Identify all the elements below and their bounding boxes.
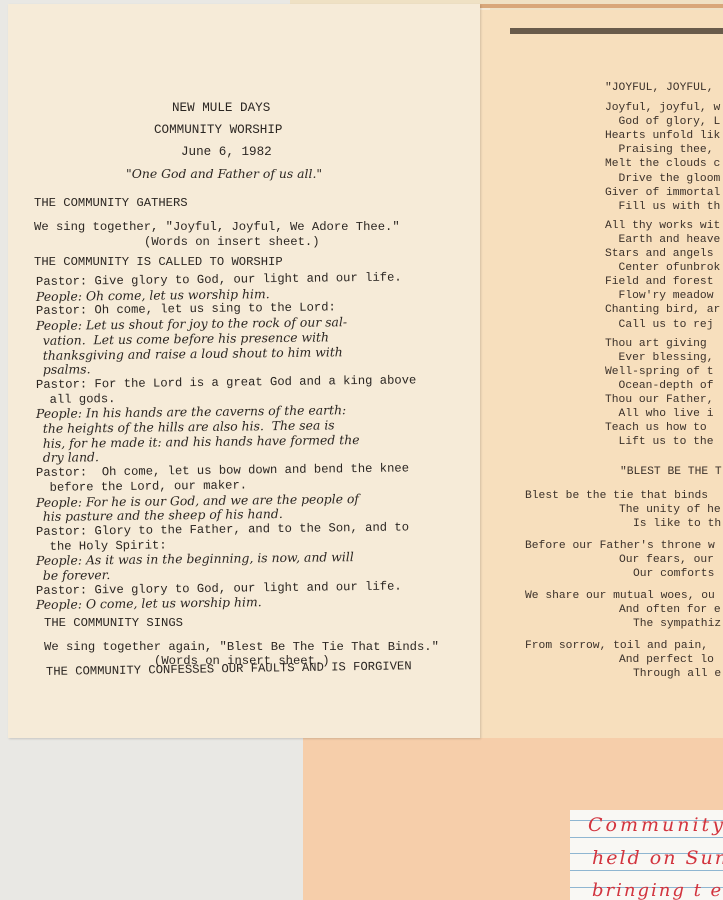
hymn1-line: Hearts unfold lik [605,131,720,142]
hymn1-line: Thou art giving [605,339,707,350]
hymn2-line: We share our mutual woes, ou [525,591,715,602]
hymn1-line: Teach us how to [605,423,707,434]
sings-text: We sing together again, "Blest Be The Ti… [44,641,439,653]
title-line-1: NEW MULE DAYS [172,102,270,115]
hymn1-line: All thy works wit [605,221,720,232]
section-gathers: THE COMMUNITY GATHERS [34,197,188,209]
hymn1-line: Flow'ry meadow [605,291,713,302]
hymn1-line: Field and forest [605,277,713,288]
ruled-line [570,870,723,871]
hymn1-line: Call us to rej [605,320,713,331]
hymn1-line: Earth and heave [605,235,720,246]
hymn2-line: And perfect lo [619,655,714,666]
hymn1-line: Chanting bird, ar [605,305,720,316]
hymn1-line: Joyful, joyful, w [605,103,720,114]
hymn1-title: "JOYFUL, JOYFUL, [605,83,713,94]
hymn1-line: Center ofunbrok [605,263,720,274]
hymn1-line: Fill us with th [605,202,720,213]
people-response: his, for he made it: and his hands have … [35,434,360,450]
people-response: be forever. [35,569,110,582]
hymn1-line: God of glory, L [605,117,720,128]
people-response: his pasture and the sheep of his hand. [35,508,283,523]
hymn1-line: Drive the gloom [605,174,720,185]
hymn2-line: Is like to th [633,519,721,530]
pastor-line: all gods. [35,393,116,406]
hymn1-line: Ever blessing, [605,353,713,364]
people-response: People: O come, let us worship him. [36,597,262,612]
hymn2-line: From sorrow, toil and pain, [525,641,708,652]
hymn1-line: Giver of immortal [605,188,720,199]
hymn2-line: Through all e [633,669,721,680]
title-line-2: COMMUNITY WORSHIP [154,124,282,137]
handwritten-line: held on Sun [592,847,723,869]
gathers-note: (Words on insert sheet.) [144,236,320,248]
hymn2-line: Our comforts [633,569,714,580]
hymn2-line: Blest be the tie that binds [525,491,708,502]
hymn2-title: "BLEST BE THE T [620,467,722,478]
handwritten-line: bringing t e [592,880,723,900]
hymn1-line: Lift us to the [605,437,713,448]
hymn2-line: Before our Father's throne w [525,541,715,552]
handwritten-note-card: Communityheld on Sunbringing t e [570,810,723,900]
hymn1-line: Praising thee, [605,145,713,156]
people-response: psalms. [35,364,91,377]
ruled-line [570,837,723,838]
hymn2-line: And often for e [619,605,721,616]
hymn1-line: Stars and angels [605,249,713,260]
handwritten-line: Community [588,814,723,836]
hymn2-line: Our fears, our [619,555,714,566]
hymn1-line: Thou our Father, [605,395,713,406]
section-sings: THE COMMUNITY SINGS [44,617,183,629]
gathers-text: We sing together, "Joyful, Joyful, We Ad… [34,221,400,233]
hymn1-line: All who live i [605,409,713,420]
pastor-line: before the Lord, our maker. [35,479,247,494]
hymn2-line: The unity of he [619,505,721,516]
bulletin-motto: "One God and Father of us all." [126,168,322,180]
hymn1-line: Melt the clouds c [605,159,720,170]
hymn2-line: The sympathiz [633,619,721,630]
hymn1-line: Ocean-depth of [605,381,713,392]
bulletin-date: June 6, 1982 [181,146,272,159]
torn-text-smudge [510,28,723,34]
people-response: dry land. [35,452,99,465]
section-called: THE COMMUNITY IS CALLED TO WORSHIP [34,256,283,268]
hymn1-line: Well-spring of t [605,367,713,378]
people-response: thanksgiving and raise a loud shout to h… [35,346,343,362]
